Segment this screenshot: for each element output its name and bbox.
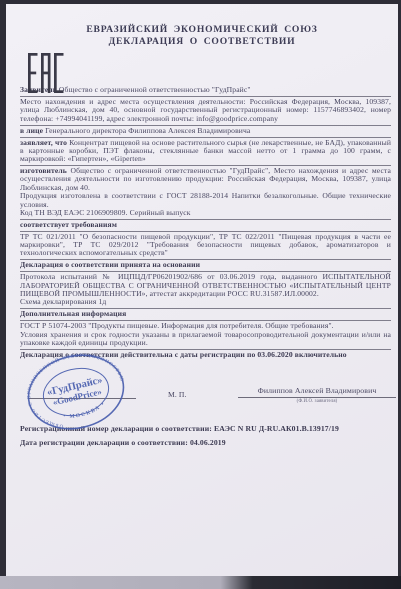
applicant-address: Место нахождения и адрес места осуществл… <box>20 97 391 123</box>
eac-conformity-mark-icon <box>28 53 64 98</box>
registration-date: Дата регистрации декларации о соответств… <box>20 439 391 448</box>
declaration-page: ЕВРАЗИЙСКИЙ ЭКОНОМИЧЕСКИЙ СОЮЗ ДЕКЛАРАЦИ… <box>6 4 398 576</box>
conforms-header-row: соответствует требованиям <box>20 220 391 232</box>
registration-footer: Регистрационный номер декларации о соотв… <box>20 425 391 448</box>
signer-name: Филиппов Алексей Владимирович <box>238 387 396 398</box>
manufacturer-text: изготовитель Общество с ограниченной отв… <box>20 167 391 192</box>
union-title: ЕВРАЗИЙСКИЙ ЭКОНОМИЧЕСКИЙ СОЮЗ <box>6 24 398 36</box>
applicant-address-row: Место нахождения и адрес места осуществл… <box>20 97 391 126</box>
basis-row: Протокола испытаний № ИЦПЦД/ГР06201902/6… <box>20 272 391 309</box>
registration-number: Регистрационный номер декларации о соотв… <box>20 425 391 434</box>
additional-info-row: ГОСТ Р 51074-2003 "Продукты пищевые. Инф… <box>20 321 391 350</box>
document-title: ЕВРАЗИЙСКИЙ ЭКОНОМИЧЕСКИЙ СОЮЗ ДЕКЛАРАЦИ… <box>6 4 398 47</box>
signature-line <box>28 398 136 399</box>
basis-header-row: Декларация о соответствии принята на осн… <box>20 260 391 272</box>
technical-regulations: ТР ТС 021/2011 "О безопасности пищевой п… <box>20 232 391 258</box>
manufacturer-value: Общество с ограниченной ответственностью… <box>20 166 391 192</box>
declaration-body: Заявитель Общество с ограниченной ответс… <box>20 85 391 448</box>
conforms-text-row: ТР ТС 021/2011 "О безопасности пищевой п… <box>20 232 391 261</box>
product-description: Концентрат пищевой на основе растительно… <box>20 138 391 164</box>
manufacturer-row: изготовитель Общество с ограниченной отв… <box>20 166 391 220</box>
document-photo: ЕВРАЗИЙСКИЙ ЭКОНОМИЧЕСКИЙ СОЮЗ ДЕКЛАРАЦИ… <box>0 0 401 589</box>
validity-row: Декларация о соответствии действительна … <box>20 350 391 361</box>
signature-zone: М. П. Филиппов Алексей Владимирович (Ф.И… <box>20 365 391 411</box>
manufacturer-code: Код ТН ВЭД ЕАЭС 2106909809. Серийный вып… <box>20 209 391 217</box>
storage-conditions: Условия хранения и срок годности указаны… <box>20 331 391 348</box>
in-person-value: Генерального директора Филиппова Алексея… <box>45 126 250 135</box>
applicant-value: Общество с ограниченной ответственностью… <box>59 85 251 94</box>
applicant-row: Заявитель Общество с ограниченной ответс… <box>20 85 391 97</box>
manufacturer-gost: Продукция изготовлена в соответствии с Г… <box>20 192 391 209</box>
declaration-scheme: Схема декларирования 1д <box>20 298 391 306</box>
in-person-row: в лице Генерального директора Филиппова … <box>20 126 391 138</box>
declaration-title: ДЕКЛАРАЦИЯ О СООТВЕТСТВИИ <box>6 36 398 48</box>
seal-place-label: М. П. <box>168 391 187 399</box>
additional-header-row: Дополнительная информация <box>20 309 391 321</box>
declares-row: заявляет, что Концентрат пищевой на осно… <box>20 138 391 167</box>
test-protocol: Протокола испытаний № ИЦПЦД/ГР06201902/6… <box>20 273 391 298</box>
signer-block: Филиппов Алексей Владимирович (Ф.И.О. за… <box>238 387 396 407</box>
photo-bottom-edge <box>0 576 401 589</box>
signer-caption: (Ф.И.О. заявителя) <box>238 398 396 407</box>
in-person-label: в лице <box>20 126 43 135</box>
